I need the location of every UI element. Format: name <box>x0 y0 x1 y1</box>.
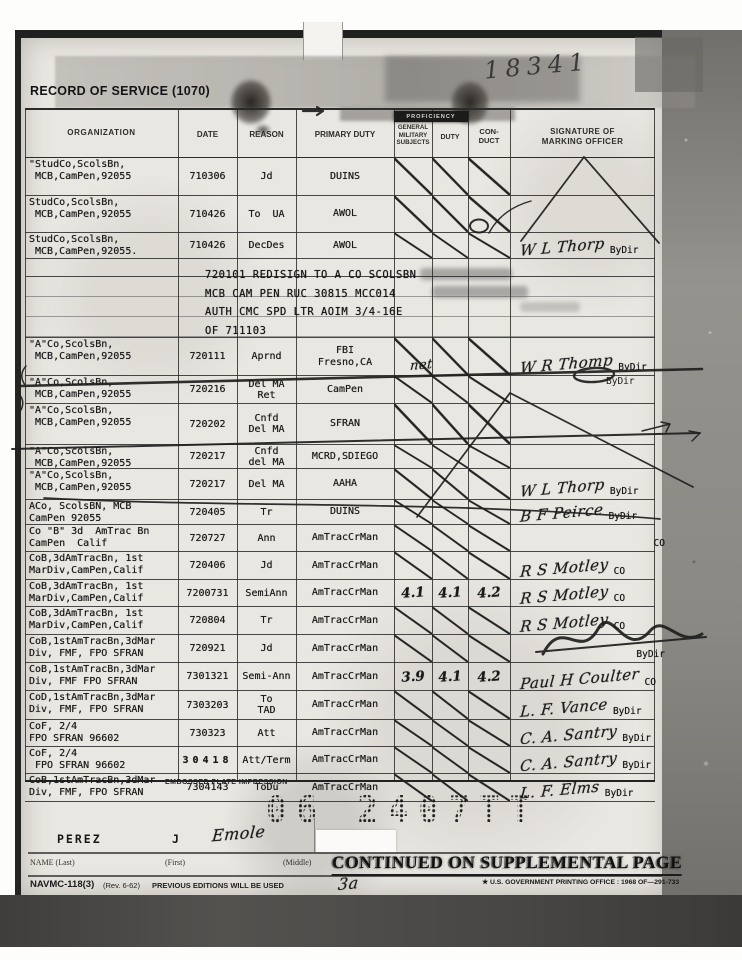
table-row: StudCo,ScolsBn, MCB,CamPen,92055.710426D… <box>25 233 655 259</box>
signature-script: Paul H Coulter <box>519 665 640 694</box>
mark-cell-gms <box>394 233 432 258</box>
record-table: ORGANIZATION DATE REASON PRIMARY DUTY PR… <box>25 108 655 782</box>
mark-cell-gms <box>394 500 432 524</box>
signature-cell <box>510 404 667 444</box>
signature-cell: ByDir <box>510 635 671 662</box>
org-cell: CoB,3dAmTracBn, 1st MarDiv,CamPen,Calif <box>25 552 182 579</box>
table-row: "A"Co,ScolsBn, MCB,CamPen,92055720202Cnf… <box>25 404 655 445</box>
table-row: CoB,3dAmTracBn, 1st MarDiv,CamPen,Calif7… <box>25 607 655 635</box>
table-row: "A"Co,ScolsBn, MCB,CamPen,92055720217Cnf… <box>25 445 655 469</box>
date-cell: 7200731 <box>178 580 237 606</box>
org-cell: CoF, 2/4 FPO SFRAN 96602 <box>25 720 182 746</box>
signature-cell: W L ThorpByDir <box>510 233 667 258</box>
reason-cell: Aprnd <box>237 338 296 375</box>
date-cell: 30418 <box>178 747 237 773</box>
signature-cell: L. F. VanceByDir <box>510 691 667 719</box>
mark-cell-conduct <box>468 720 510 746</box>
signature-suffix: ByDir <box>609 511 638 522</box>
org-cell: CoB,1stAmTracBn,3dMar Div, FMF FPO SFRAN <box>25 663 182 690</box>
mark-cell-conduct <box>468 376 510 403</box>
mark-cell-gms <box>394 404 432 444</box>
date-cell: 720216 <box>178 376 237 403</box>
table-row: CoF, 2/4 FPO SFRAN 9660230418Att/TermAmT… <box>25 747 655 774</box>
reason-cell: Ann <box>237 525 296 551</box>
org-cell: CoB,3dAmTracBn, 1st MarDiv,CamPen,Calif <box>25 607 182 634</box>
mark-cell-duty <box>432 720 468 746</box>
org-cell: CoB,3dAmTracBn, 1st MarDiv,CamPen,Calif <box>25 580 182 606</box>
mark-cell-gms <box>394 376 432 403</box>
signature-cell: W L ThorpByDir <box>510 469 667 499</box>
form-note: PREVIOUS EDITIONS WILL BE USED <box>152 881 284 890</box>
mark-cell-gms <box>394 552 432 579</box>
table-row: Co "B" 3d AmTrac Bn CamPen Calif720727An… <box>25 525 655 552</box>
mark-cell-gms <box>394 720 432 746</box>
table-row: "A"Co,ScolsBn, MCB,CamPen,92055720217Del… <box>25 469 655 500</box>
remark-line: MCB CAM PEN RUC 30815 MCC014 <box>205 285 416 304</box>
date-cell: 710306 <box>178 158 237 195</box>
primary-duty-cell: AmTracCrMan <box>296 720 394 746</box>
column-header-organization: ORGANIZATION <box>25 128 178 137</box>
mark-cell-duty <box>432 376 468 403</box>
primary-duty-cell: AmTracCrMan <box>296 525 394 551</box>
org-cell: CoD,1stAmTracBn,3dMar Div, FMF, FPO SFRA… <box>25 691 182 719</box>
primary-duty-cell: AWOL <box>296 196 394 232</box>
table-row: "StudCo,ScolsBn, MCB,CamPen,92055710306J… <box>25 158 655 196</box>
scan-edge-top <box>15 30 703 38</box>
mark-cell-conduct <box>468 445 510 468</box>
embossed-caption: EMBOSSED PLATE IMPRESSION <box>165 779 288 786</box>
reason-cell: Tr <box>237 607 296 634</box>
column-header-general-military-subjects: GENERAL MILITARY SUBJECTS <box>394 124 432 147</box>
mark-cell-duty <box>432 338 468 375</box>
column-header-reason: REASON <box>237 130 296 139</box>
date-cell: 720405 <box>178 500 237 524</box>
org-cell: CoF, 2/4 FPO SFRAN 96602 <box>25 747 182 773</box>
signature-cell: C. A. SantryByDir <box>510 747 667 773</box>
mark-cell-conduct <box>468 525 510 551</box>
name-last: PEREZ <box>57 832 102 846</box>
column-header-signature: SIGNATURE OF MARKING OFFICER <box>510 127 655 147</box>
mark-cell-conduct <box>468 158 510 195</box>
org-cell: CoB,1stAmTracBn,3dMar Div, FMF, FPO SFRA… <box>25 774 182 801</box>
column-header-conduct: CON- DUCT <box>468 127 510 145</box>
date-cell: 720111 <box>178 338 237 375</box>
org-cell: "A"Co,ScolsBn, MCB,CamPen,92055 <box>25 338 182 375</box>
signature-cell: Paul H CoulterCO <box>510 663 667 690</box>
bydir-annotation: ByDir <box>606 376 635 387</box>
column-header-duty: DUTY <box>432 134 468 141</box>
date-cell: 710426 <box>178 233 237 258</box>
primary-duty-cell: AWOL <box>296 233 394 258</box>
org-cell: "A"Co,ScolsBn, MCB,CamPen,92055 <box>25 445 182 468</box>
mark-cell-conduct: 4.2 <box>467 579 511 608</box>
mark-cell-conduct <box>468 338 510 375</box>
mark-cell-duty: 4.1 <box>431 662 469 691</box>
primary-duty-cell: CamPen <box>296 376 394 403</box>
reason-cell: Cnfd del MA <box>237 445 296 468</box>
page-title: RECORD OF SERVICE (1070) <box>30 84 210 98</box>
reason-cell: Del MA <box>237 469 296 499</box>
mark-cell-conduct <box>468 233 510 258</box>
binder-tab <box>303 22 343 60</box>
reason-cell: Jd <box>237 158 296 195</box>
primary-duty-cell: AmTracCrMan <box>296 747 394 773</box>
signature-suffix: CO <box>654 538 665 549</box>
primary-duty-cell: MCRD,SDIEGO <box>296 445 394 468</box>
mark-cell-gms <box>394 196 432 232</box>
signature-suffix: ByDir <box>622 760 651 771</box>
mark-cell-duty <box>432 469 468 499</box>
mark-cell-duty <box>432 233 468 258</box>
date-cell: 720406 <box>178 552 237 579</box>
tape-band <box>55 56 695 108</box>
redaction-box <box>316 830 396 852</box>
table-row: CoF, 2/4 FPO SFRAN 96602730323AttAmTracC… <box>25 720 655 747</box>
signature-script: W L Thorp <box>519 234 605 260</box>
org-cell: "A"Co,ScolsBn, MCB,CamPen,92055 <box>25 404 182 444</box>
org-cell: Co "B" 3d AmTrac Bn CamPen Calif <box>25 525 182 551</box>
signature-suffix: ByDir <box>636 649 665 660</box>
label-middle: (Middle) <box>283 858 311 867</box>
column-header-primary-duty: PRIMARY DUTY <box>296 130 394 139</box>
mark-cell-duty <box>432 525 468 551</box>
form-revision: (Rev. 6-62) <box>103 881 140 890</box>
date-cell: 720921 <box>178 635 237 662</box>
org-cell: "A"Co,ScolsBn, MCB,CamPen,92055 <box>25 469 182 499</box>
date-cell: 720202 <box>178 404 237 444</box>
mark-cell-duty: 4.1 <box>431 579 469 607</box>
reason-cell: To TAD <box>237 691 296 719</box>
signature-script: W L Thorp <box>519 475 605 501</box>
mark-cell-conduct <box>468 500 510 524</box>
paper-crease <box>314 818 315 852</box>
date-cell: 730323 <box>178 720 237 746</box>
primary-duty-cell: DUINS <box>296 500 394 524</box>
remark-line: OF 711103 <box>205 322 416 341</box>
date-cell: 720217 <box>178 469 237 499</box>
table-row: ACo, ScolsBN, MCB CamPen 92055720405TrDU… <box>25 500 655 525</box>
primary-duty-cell: FBI Fresno,CA <box>296 338 394 375</box>
mark-cell-conduct <box>468 469 510 499</box>
signature-suffix: ByDir <box>618 362 647 373</box>
date-cell: 720804 <box>178 607 237 634</box>
signature-script: R S Motley <box>519 610 609 636</box>
signature-script: B F Peirce <box>519 500 604 525</box>
signature-cell: W R ThompByDir <box>510 338 667 375</box>
mark-cell-duty <box>432 747 468 773</box>
signature-script: C. A. Santry <box>519 722 618 749</box>
mark-cell-duty <box>432 691 468 719</box>
reason-cell: Att <box>237 720 296 746</box>
org-cell: StudCo,ScolsBn, MCB,CamPen,92055. <box>25 233 182 258</box>
mark-cell-duty <box>432 445 468 468</box>
gpo-line: ★ U.S. GOVERNMENT PRINTING OFFICE : 1968… <box>482 878 679 886</box>
mark-cell-duty <box>432 635 468 662</box>
scan-edge-right <box>662 30 742 947</box>
mark-cell-duty <box>432 196 468 232</box>
table-row: StudCo,ScolsBn, MCB,CamPen,92055710426To… <box>25 196 655 233</box>
table-row: CoB,1stAmTracBn,3dMar Div, FMF FPO SFRAN… <box>25 663 655 691</box>
table-row: CoD,1stAmTracBn,3dMar Div, FMF, FPO SFRA… <box>25 691 655 720</box>
signature-cell <box>510 158 667 195</box>
mark-cell-gms: 4.1 <box>393 579 433 608</box>
handwritten-net: net <box>409 357 433 374</box>
signature-script: W R Thomp <box>519 351 614 377</box>
signature-script: L. F. Vance <box>519 695 608 721</box>
signature-cell <box>510 445 667 468</box>
mark-cell-duty <box>432 158 468 195</box>
signature-suffix: CO <box>614 566 625 577</box>
reason-cell: Att/Term <box>237 747 296 773</box>
signature-cell: C. A. SantryByDir <box>510 720 667 746</box>
reason-cell: Del MA Ret <box>237 376 296 403</box>
signature-cell <box>510 376 667 403</box>
table-row: "A"Co,ScolsBn, MCB,CamPen,92055720216Del… <box>25 376 655 404</box>
mark-cell-gms <box>394 445 432 468</box>
signature-cell: CO <box>510 525 671 551</box>
signature-script: R S Motley <box>519 555 609 581</box>
reason-cell: SemiAnn <box>237 580 296 606</box>
date-cell: 720217 <box>178 445 237 468</box>
mark-cell-conduct <box>468 404 510 444</box>
remark-line: 720101 REDISIGN TO A CO SCOLSBN <box>205 266 416 285</box>
reason-cell: Cnfd Del MA <box>237 404 296 444</box>
table-row: "A"Co,ScolsBn, MCB,CamPen,92055720111Apr… <box>25 338 655 376</box>
signature-script: R S Motley <box>519 582 609 608</box>
org-cell: StudCo,ScolsBn, MCB,CamPen,92055 <box>25 196 182 232</box>
mark-cell-gms <box>394 469 432 499</box>
signature-suffix: CO <box>614 593 625 604</box>
table-row: CoB,1stAmTracBn,3dMar Div, FMF, FPO SFRA… <box>25 635 655 663</box>
signature-cell <box>510 196 667 232</box>
table-header: ORGANIZATION DATE REASON PRIMARY DUTY PR… <box>25 110 655 158</box>
mark-cell-gms <box>394 525 432 551</box>
signature-script: C. A. Santry <box>519 749 618 776</box>
reason-cell: To UA <box>237 196 296 232</box>
remark-line: AUTH CMC SPD LTR AOIM 3/4-16E <box>205 303 416 322</box>
handwritten-page-number: 3a <box>337 873 359 894</box>
proficiency-label: PROFICIENCY <box>406 114 455 120</box>
mark-cell-conduct <box>468 196 510 232</box>
reason-cell: DecDes <box>237 233 296 258</box>
primary-duty-cell: AmTracCrMan <box>296 580 394 606</box>
table-row: CoB,3dAmTracBn, 1st MarDiv,CamPen,Calif7… <box>25 552 655 580</box>
primary-duty-cell: AmTracCrMan <box>296 663 394 690</box>
mark-cell-gms: 3.9 <box>393 662 433 692</box>
reason-cell: Jd <box>237 552 296 579</box>
remark-block: 720101 REDISIGN TO A CO SCOLSBNMCB CAM P… <box>205 266 416 340</box>
date-cell: 7301321 <box>178 663 237 690</box>
scanned-document-page: RECORD OF SERVICE (1070) 18341 ORGANIZAT… <box>0 0 742 960</box>
signature-suffix: ByDir <box>605 788 634 799</box>
primary-duty-cell: AAHA <box>296 469 394 499</box>
mark-cell-gms <box>394 635 432 662</box>
date-cell: 720727 <box>178 525 237 551</box>
mark-cell-conduct <box>468 552 510 579</box>
table-row: CoB,3dAmTracBn, 1st MarDiv,CamPen,Calif7… <box>25 580 655 607</box>
form-number: NAVMC-118(3) <box>30 879 94 890</box>
signature-suffix: CO <box>644 677 655 688</box>
primary-duty-cell: DUINS <box>296 158 394 195</box>
primary-duty-cell: AmTracCrMan <box>296 635 394 662</box>
embossed-impression: 06 2407TT <box>266 788 540 831</box>
mark-cell-duty <box>432 404 468 444</box>
reason-cell: Semi-Ann <box>237 663 296 690</box>
mark-cell-duty <box>432 607 468 634</box>
name-first: J <box>172 832 179 846</box>
signature-cell: B F PeirceByDir <box>510 500 667 524</box>
date-cell: 7303203 <box>178 691 237 719</box>
mark-cell-gms <box>394 607 432 634</box>
reason-cell: Tr <box>237 500 296 524</box>
primary-duty-cell: SFRAN <box>296 404 394 444</box>
mark-cell-gms <box>394 158 432 195</box>
mark-cell-conduct <box>468 635 510 662</box>
scan-edge-bottom <box>0 895 742 947</box>
signature-suffix: ByDir <box>610 486 639 497</box>
mark-cell-conduct <box>468 747 510 773</box>
mark-cell-conduct <box>468 607 510 634</box>
date-cell: 710426 <box>178 196 237 232</box>
org-cell: CoB,1stAmTracBn,3dMar Div, FMF, FPO SFRA… <box>25 635 182 662</box>
primary-duty-cell: AmTracCrMan <box>296 691 394 719</box>
org-cell: "A"Co,ScolsBn, MCB,CamPen,92055 <box>25 376 182 403</box>
signature-suffix: ByDir <box>610 245 639 256</box>
table-body: "StudCo,ScolsBn, MCB,CamPen,92055710306J… <box>25 158 655 802</box>
mark-cell-gms <box>394 691 432 719</box>
signature-cell: R S MotleyCO <box>510 552 667 579</box>
mark-cell-duty <box>432 552 468 579</box>
signature-suffix: ByDir <box>622 733 651 744</box>
corner-shadow <box>635 37 703 92</box>
reason-cell: Jd <box>237 635 296 662</box>
column-header-date: DATE <box>178 130 237 139</box>
primary-duty-cell: AmTracCrMan <box>296 552 394 579</box>
primary-duty-cell: AmTracCrMan <box>296 607 394 634</box>
proficiency-band: PROFICIENCY <box>394 111 468 122</box>
signature-cell: R S MotleyCO <box>510 580 667 606</box>
signature-suffix: CO <box>614 621 625 632</box>
label-name-last: NAME (Last) <box>30 858 75 867</box>
mark-cell-duty <box>432 500 468 524</box>
signature-cell: R S MotleyCO <box>510 607 667 634</box>
label-first: (First) <box>165 858 185 867</box>
continued-stamp: CONTINUED ON SUPPLEMENTAL PAGE <box>332 852 683 876</box>
mark-cell-gms <box>394 747 432 773</box>
signature-suffix: ByDir <box>613 706 642 717</box>
org-cell: ACo, ScolsBN, MCB CamPen 92055 <box>25 500 182 524</box>
org-cell: "StudCo,ScolsBn, MCB,CamPen,92055 <box>25 158 182 195</box>
mark-cell-conduct: 4.2 <box>467 662 511 692</box>
mark-cell-conduct <box>468 691 510 719</box>
